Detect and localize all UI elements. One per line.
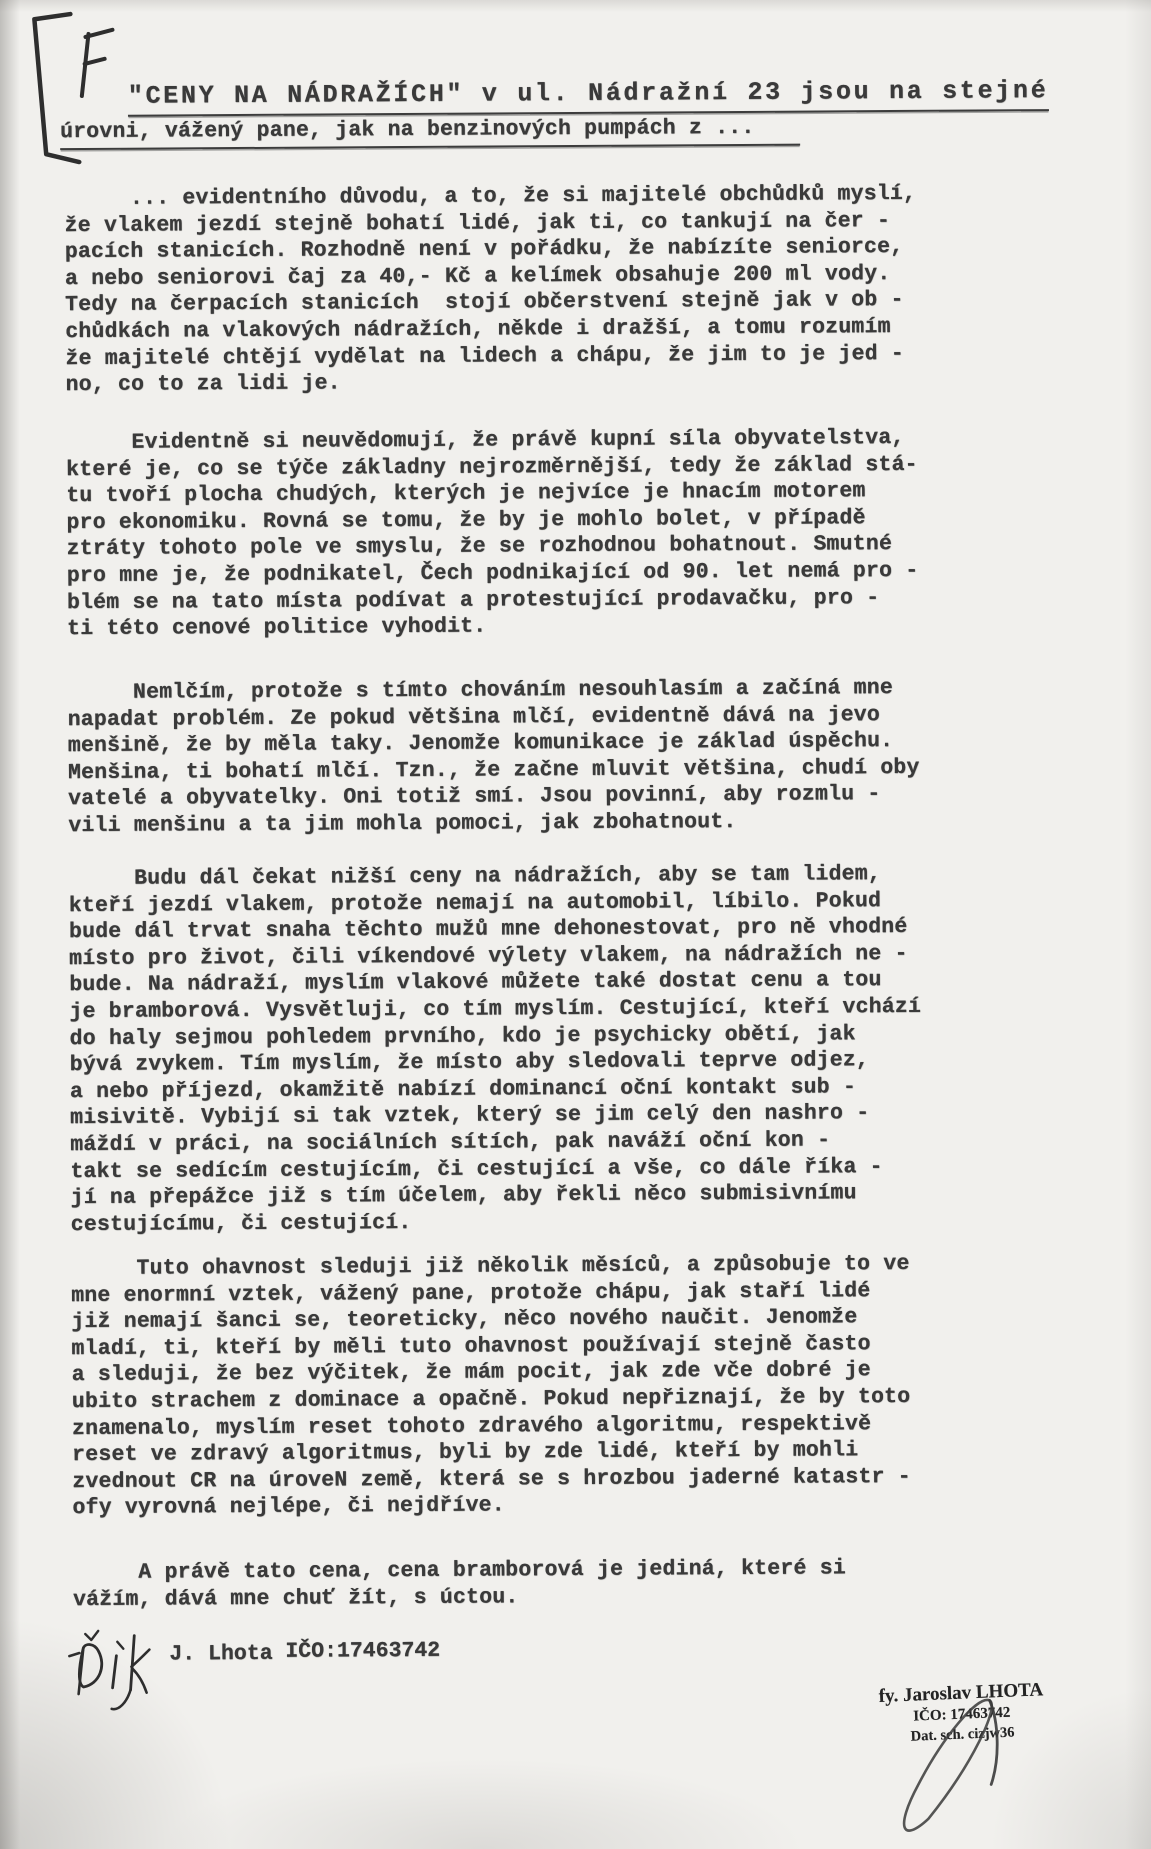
- signature-ico: IČO:17463742: [285, 1639, 440, 1664]
- paragraph-6: A právě tato cena, cena bramborová je je…: [73, 1555, 846, 1613]
- letter-title-line1: "CENY NA NÁDRAŽÍCH" v ul. Nádražní 23 js…: [128, 76, 1049, 117]
- paragraph-4: Budu dál čekat nižší ceny na nádražích, …: [69, 861, 923, 1239]
- signature-scribble-dik: [67, 1623, 183, 1719]
- pen-stroke-signature: [890, 1686, 1041, 1844]
- signature-name: J. Lhota: [169, 1642, 272, 1667]
- paragraph-3: Nemlčím, protože s tímto chováním nesouh…: [67, 675, 920, 840]
- letter-title-line2: úrovni, vážený pane, jak na benzinových …: [60, 116, 801, 151]
- paragraph-2: Evidentně si neuvědomují, že právě kupní…: [66, 425, 919, 643]
- scanned-letter-page: "CENY NA NÁDRAŽÍCH" v ul. Nádražní 23 js…: [0, 0, 1151, 1849]
- paragraph-1: ... evidentního důvodu, a to, že si maji…: [64, 181, 917, 399]
- paragraph-5: Tuto ohavnost sleduji již několik měsíců…: [71, 1251, 911, 1522]
- letter-content: "CENY NA NÁDRAŽÍCH" v ul. Nádražní 23 js…: [0, 0, 1151, 1849]
